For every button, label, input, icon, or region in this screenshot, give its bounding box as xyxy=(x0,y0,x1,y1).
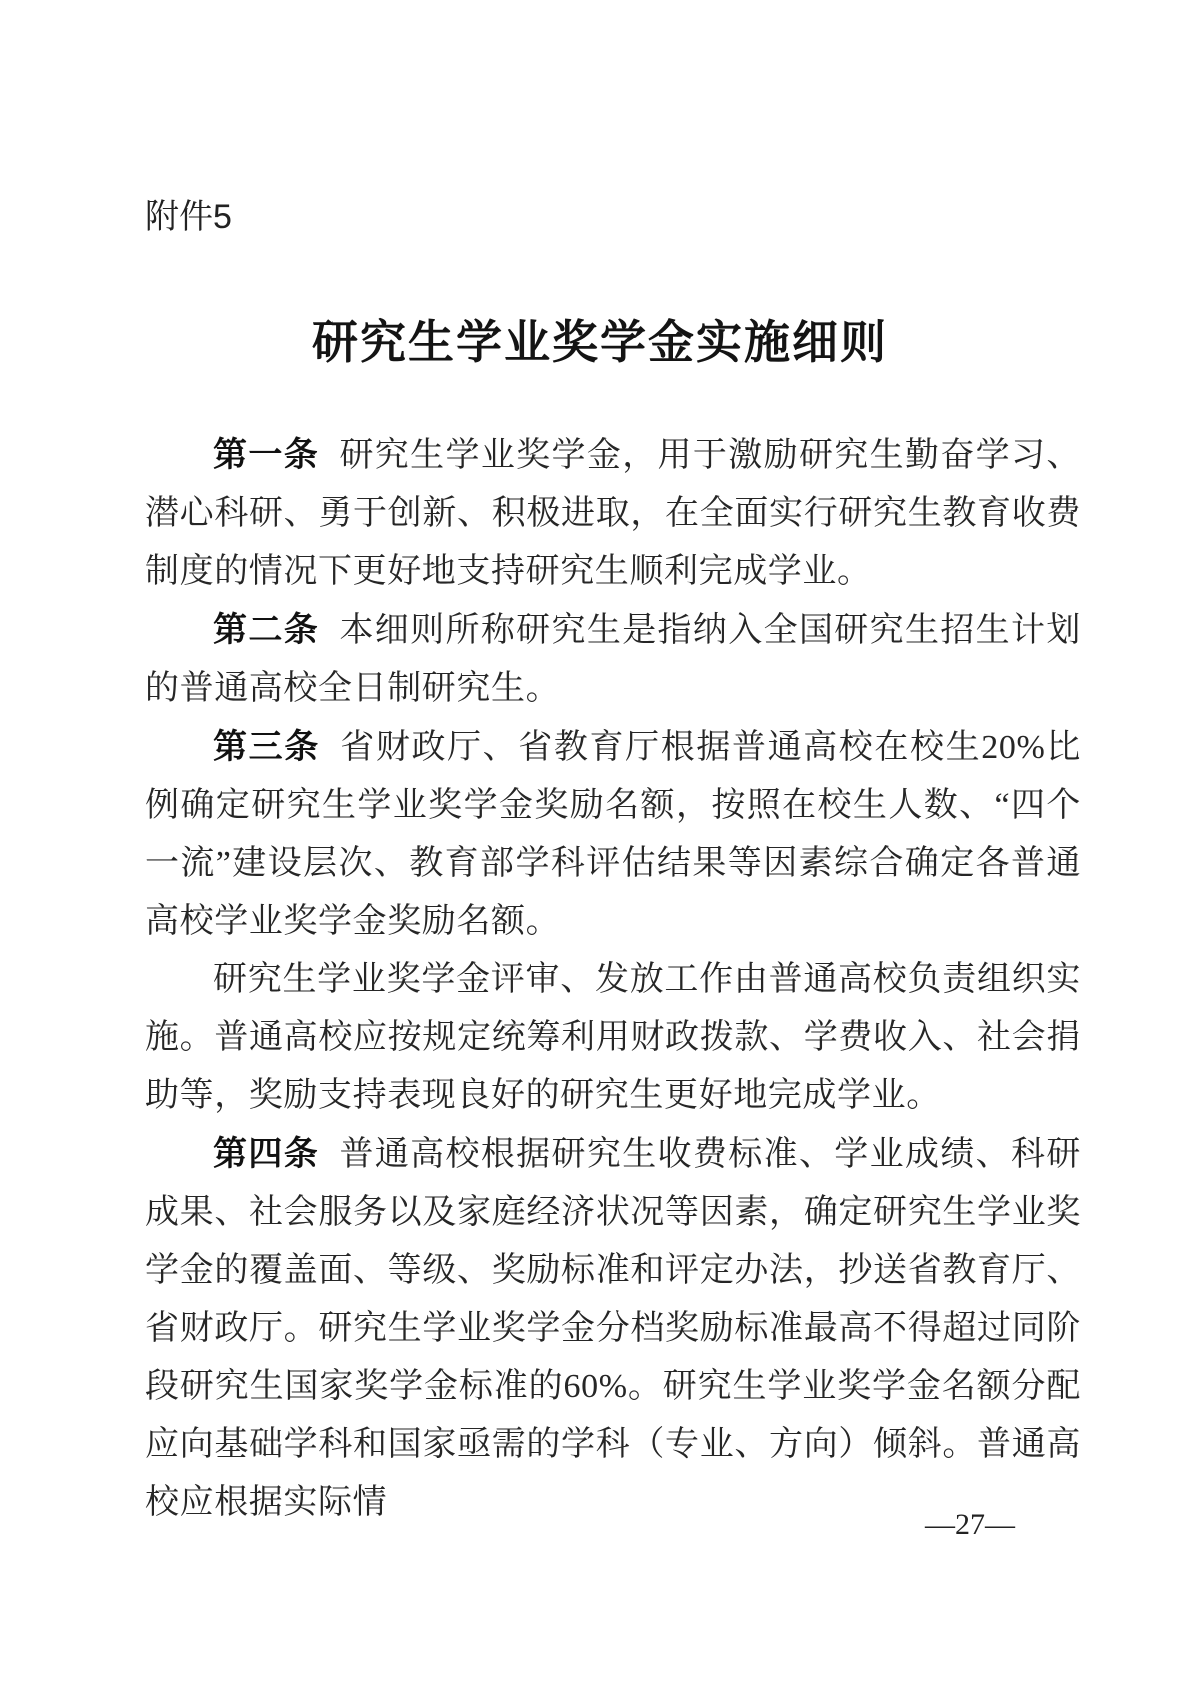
paragraph: 第三条省财政厅、省教育厅根据普通高校在校生20%比例确定研究生学业奖学金奖励名额… xyxy=(145,718,1081,951)
document-page: 附件5 研究生学业奖学金实施细则 第一条研究生学业奖学金，用于激励研究生勤奋学习… xyxy=(0,0,1200,1694)
article-label: 第二条 xyxy=(213,611,319,649)
paragraph: 第一条研究生学业奖学金，用于激励研究生勤奋学习、潜心科研、勇于创新、积极进取，在… xyxy=(145,426,1081,601)
document-title: 研究生学业奖学金实施细则 xyxy=(0,316,1200,370)
paragraph: 第二条本细则所称研究生是指纳入全国研究生招生计划的普通高校全日制研究生。 xyxy=(145,601,1081,718)
article-label: 第一条 xyxy=(213,436,319,474)
article-label: 第三条 xyxy=(213,728,320,766)
paragraph: 第四条普通高校根据研究生收费标准、学业成绩、科研成果、社会服务以及家庭经济状况等… xyxy=(145,1125,1081,1532)
paragraph: 研究生学业奖学金评审、发放工作由普通高校负责组织实施。普通高校应按规定统筹利用财… xyxy=(145,951,1081,1125)
paragraph-text: 研究生学业奖学金评审、发放工作由普通高校负责组织实施。普通高校应按规定统筹利用财… xyxy=(145,961,1081,1114)
attachment-label: 附件5 xyxy=(145,196,232,238)
document-body: 第一条研究生学业奖学金，用于激励研究生勤奋学习、潜心科研、勇于创新、积极进取，在… xyxy=(145,426,1081,1532)
article-label: 第四条 xyxy=(213,1135,319,1173)
paragraph-text: 普通高校根据研究生收费标准、学业成绩、科研成果、社会服务以及家庭经济状况等因素，… xyxy=(145,1136,1081,1521)
page-number: —27— xyxy=(820,1506,1120,1544)
